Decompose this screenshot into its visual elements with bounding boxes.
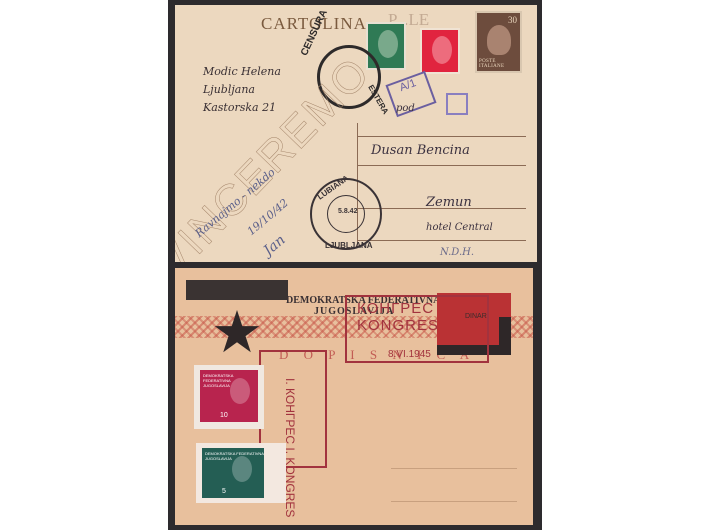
congress-cancel-date: 8.VI.1945 [388,349,431,360]
portrait-icon [232,456,252,482]
stamp-value: 10 [220,412,228,419]
stray-handwriting: pod [396,103,415,114]
portrait-icon [378,30,398,58]
postmark-date: 5.8.42 [338,208,357,215]
printed-indicia-stamp: 30 POSTE ITALIANE [475,11,522,73]
tito-stamp-5: DEMOKRATSKA FEDERATIVNA JUGOSLAVIJA 5 [196,443,286,503]
yugoslav-postcard: DEMOKRATSKA FEDERATIVNA JUGOSLAVIJA ★ D … [175,268,533,525]
recipient-city: Zemun [426,195,472,210]
sender-address: Modic Helena Ljubljana Kastorska 21 [203,63,281,117]
address-line [358,136,526,137]
king-portrait-icon [487,25,511,55]
red-stamp [420,28,460,74]
overprint-bar [499,317,511,347]
italian-postcard: CARTOLINA P...LE 30 POSTE ITALIANE CENSU… [175,5,537,262]
recipient-extra: N.D.H. [440,247,474,258]
address-line [358,165,526,166]
postmark-city: LJUBLJANA [325,241,373,250]
address-line [391,468,517,469]
indicia-label: POSTE ITALIANE [479,59,520,69]
recipient-street: hotel Central [426,222,493,233]
portrait-icon [432,36,452,64]
portrait-icon [230,378,250,404]
address-line [358,240,526,241]
stamp-value: 5 [222,488,226,495]
address-line [391,501,517,502]
handwritten-signature: Jan [261,232,289,259]
obliteration-bar [186,280,288,300]
recipient-name: Dusan Bencina [371,143,470,158]
star-icon: ★ [211,304,263,362]
tito-stamp-10: DEMOKRATSKA FEDERATIVNA JUGOSLAVIJA 10 [194,365,264,429]
indicia-value: 30 [508,15,517,25]
congress-cancel-text: КОНГРЕС KONGRES [357,300,439,334]
small-box-stamp [446,93,468,115]
